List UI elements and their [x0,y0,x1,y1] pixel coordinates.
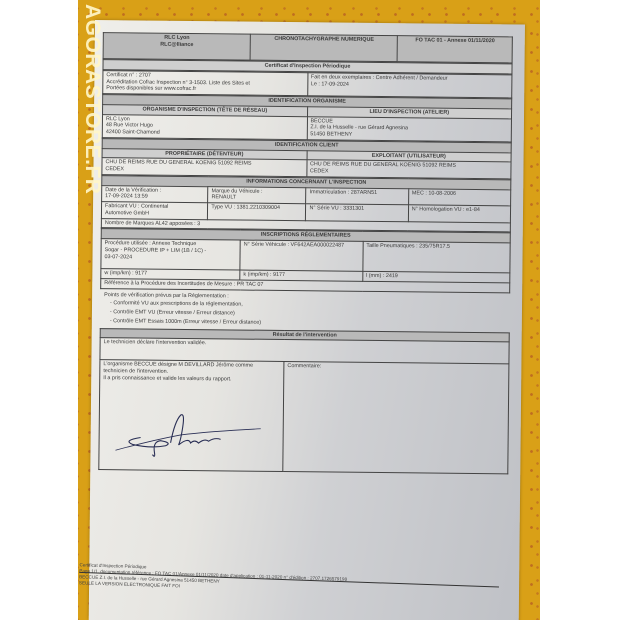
checkpoints-block: Points de vérification prévus par la Rég… [100,289,510,332]
document-footer: Certificat d'Inspection Périodique Page … [79,562,520,600]
doc-type: CHRONOTACHYGRAPHE NUMERIQUE [250,34,397,62]
site-address: BECCUE Z.I. de la Husselle - rue Gérard … [307,116,512,141]
vehicle-brand-cell: Marque du Véhicule : RENAULT [208,186,306,204]
issuer-brand: RLC@lliance [107,41,247,49]
issuer-cell: RLC Lyon RLC@lliance [103,33,250,61]
owner-address: CHU DE REIMS RUE DU GENERAL KOENIG 51092… [102,158,307,177]
operator-address: CHU DE REIMS RUE DU GENERAL KOENIG 51092… [306,160,511,179]
inspection-table: INFORMATIONS CONCERNANT L'INSPECTION Dat… [101,175,512,233]
vu-homologation: N° Homologation VU : e1-84 [408,205,510,223]
scope: Portées disponibles sur www.cofrac.fr [106,85,304,94]
certificate-info: Certificat n° : 2707 Accréditation Cofra… [103,70,308,95]
verification-date-cell: Date de la Vérification : 17-09-2024 13:… [102,185,208,203]
form-reference: FO TAC 01 - Annexe 01/11/2020 [398,36,513,63]
certificate-document: RLC Lyon RLC@lliance CHRONOTACHYGRAPHE N… [89,20,525,620]
header-table: RLC Lyon RLC@lliance CHRONOTACHYGRAPHE N… [103,32,513,63]
head-office-address: RLC Lyon 48 Rue Victor Hugo 42400 Saint-… [102,114,307,139]
first-registration-date: MEC : 10-08-2006 [408,188,510,206]
organisme-table: IDENTIFICATION ORGANISME ORGANISME D'INS… [102,94,512,142]
checkpoint-item: - Contrôle EMT Essais 1000m (Erreur vite… [104,318,506,329]
copies-info: Fait en deux exemplaires : Centre Adhére… [307,72,512,97]
inscriptions-table: INSCRIPTIONS RÉGLEMENTAIRES Procédure ut… [100,228,511,293]
tyre-size: Taille Pneumatiques : 235/75R17.5 [363,241,511,273]
vu-serial: N° Série VU : 3331301 [306,204,408,222]
client-table: IDENTIFICATION CLIENT PROPRIÉTAIRE (DÉTE… [101,138,511,179]
registration: Immatriculation : 287ARN51 [306,187,408,205]
verification-date: 17-09-2024 13:59 [105,193,204,201]
watermark: AGORASTORE.FR [80,4,104,194]
comment-box: Commentaire: [283,362,509,474]
vu-maker-cell: Fabricant VU : Continental Automotive Gm… [101,202,207,220]
signature [110,402,271,464]
certificate-sheet: RLC Lyon RLC@lliance CHRONOTACHYGRAPHE N… [98,32,513,475]
certificate-date: Le : 17-09-2024 [311,81,509,90]
vehicle-brand: RENAULT [211,194,302,202]
vu-type: Type VU : 1381.2210309004 [208,203,306,221]
procedure-cell: Procédure utilisée : Annexe Technique So… [101,239,240,270]
comment-label: Commentaire: [287,363,321,369]
vehicle-serial: N° Série Véhicule : VF642AEA000022487 [240,240,363,271]
